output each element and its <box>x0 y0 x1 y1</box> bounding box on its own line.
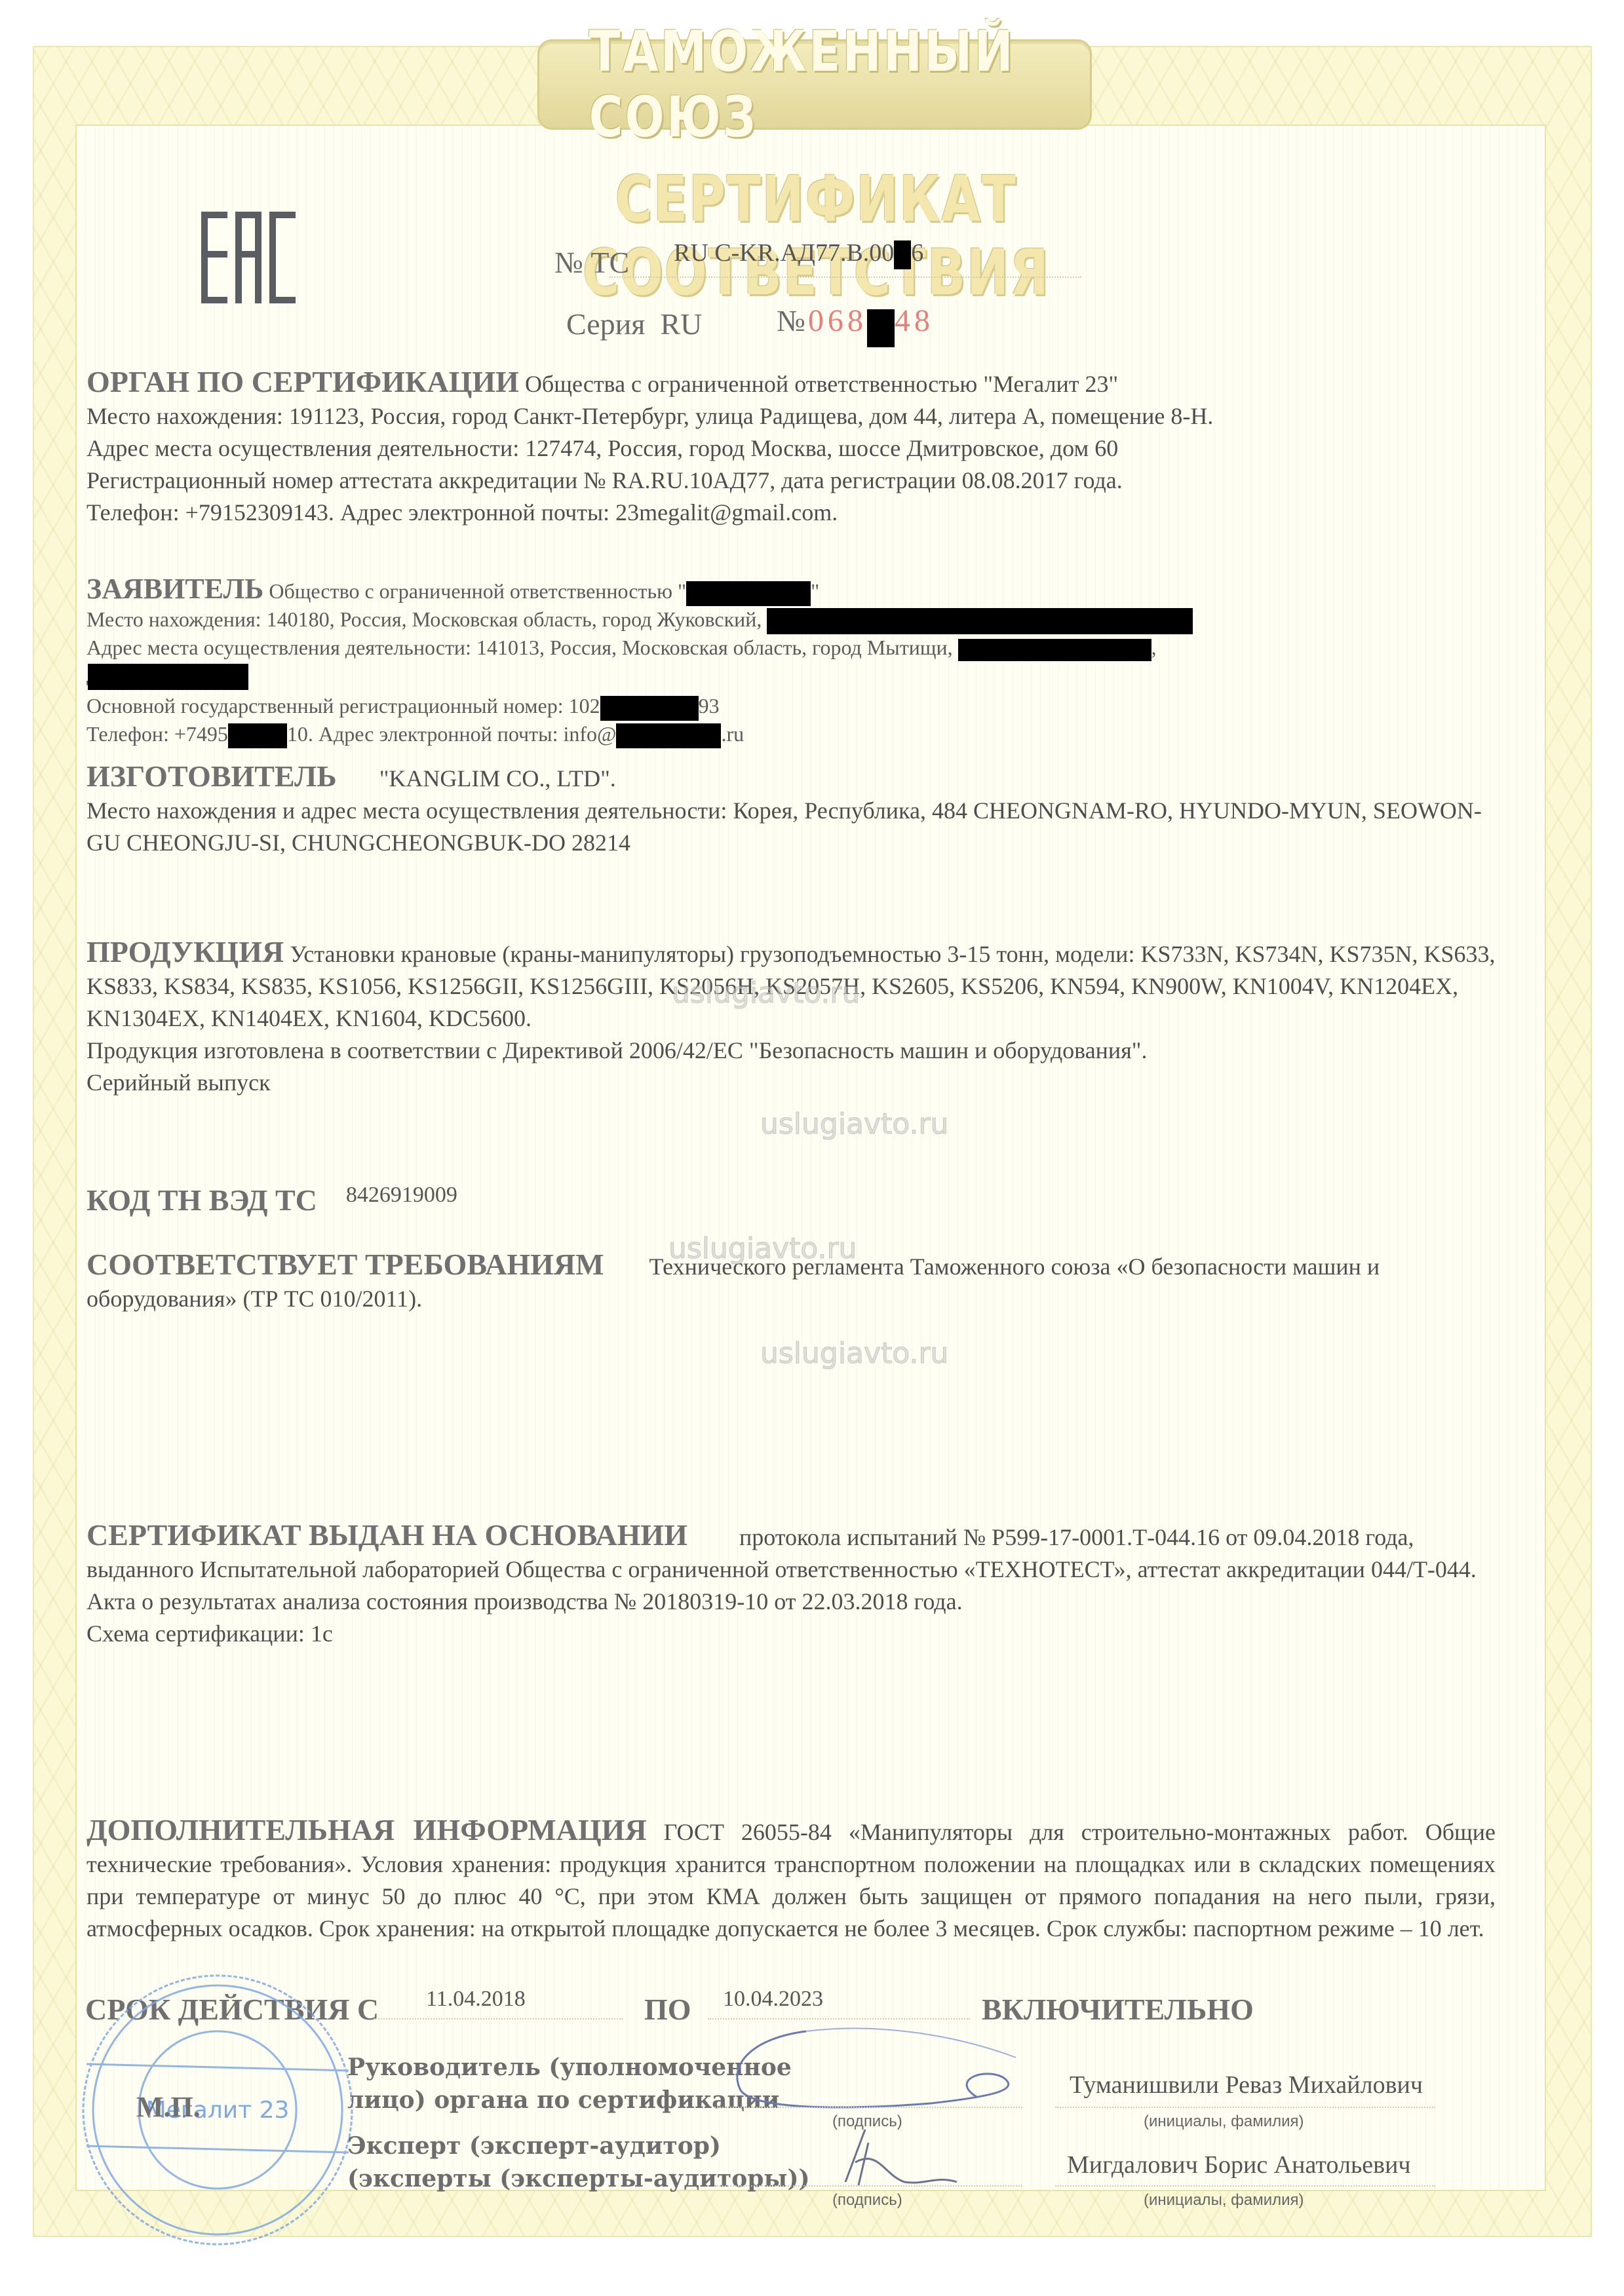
certificate-title: СЕРТИФИКАТ СООТВЕТСТВИЯ <box>525 163 1107 309</box>
tc-number-prefix: RU C-KR.АД77.В.00 <box>674 239 894 267</box>
applicant-ogrn-suffix: 93 <box>699 694 720 717</box>
number-label: № <box>777 304 805 337</box>
series-label: Серия RU <box>566 307 702 341</box>
tn-ved-code: 8426919009 <box>346 1183 457 1207</box>
expert-name: Мигдалович Борис Анатольевич <box>1067 2151 1411 2179</box>
expert-signature-line <box>714 2185 1022 2187</box>
applicant-name-prefix: Общество с ограниченной ответственностью… <box>269 579 686 603</box>
redaction-block <box>767 608 1193 634</box>
certification-body-line: Адрес места осуществления деятельности: … <box>87 432 1496 465</box>
redaction-block <box>686 581 811 606</box>
applicant-email-suffix: .ru <box>721 722 744 746</box>
tc-number: RU C-KR.АД77.В.006 <box>674 239 923 269</box>
redaction-block <box>88 664 248 690</box>
manufacturer-name: "KANGLIM CO., LTD". <box>379 765 616 792</box>
series-value: RU <box>660 307 702 341</box>
redaction-block <box>867 309 895 347</box>
expert-name-line <box>1055 2185 1435 2187</box>
certificate-page: ТАМОЖЕННЫЙ СОЮЗ СЕРТИФИКАТ СООТВЕТСТВИЯ … <box>0 0 1624 2296</box>
applicant-section: ЗАЯВИТЕЛЬ Общество с ограниченной ответс… <box>87 575 1496 748</box>
certification-body-line: Телефон: +79152309143. Адрес электронной… <box>87 497 1496 529</box>
applicant-ogrn-prefix: Основной государственный регистрационный… <box>87 694 600 717</box>
applicant-heading: ЗАЯВИТЕЛЬ <box>87 573 263 605</box>
tc-number-suffix: 6 <box>911 239 923 267</box>
customs-union-banner: ТАМОЖЕННЫЙ СОЮЗ <box>537 39 1092 130</box>
expert-title-line1: Эксперт (эксперт-аудитор) <box>347 2130 810 2162</box>
applicant-location: Место нахождения: 140180, Россия, Москов… <box>87 607 762 631</box>
head-name: Туманишвили Реваз Михайлович <box>1070 2071 1423 2099</box>
printer-imprint-band <box>459 2240 1167 2253</box>
additional-info-heading: ДОПОЛНИТЕЛЬНАЯ ИНФОРМАЦИЯ <box>87 1813 647 1846</box>
head-signature-icon <box>714 2018 1081 2116</box>
manufacturer-section: ИЗГОТОВИТЕЛЬ "KANGLIM CO., LTD". Место н… <box>87 760 1496 859</box>
validity-date-to: 10.04.2023 <box>723 1987 823 2012</box>
expert-title-line2: (эксперты (эксперты-аудиторы)) <box>347 2162 810 2195</box>
blank-number: № 06848 <box>777 303 934 347</box>
tn-ved-heading: КОД ТН ВЭД ТС <box>87 1183 317 1217</box>
head-signature-line <box>714 2107 1022 2108</box>
certification-body-heading: ОРГАН ПО СЕРТИФИКАЦИИ <box>87 365 519 398</box>
tc-number-underline <box>609 277 1081 278</box>
redaction-block <box>616 723 721 748</box>
product-release: Серийный выпуск <box>87 1067 1496 1099</box>
validity-to-heading: ПО <box>644 1992 691 2027</box>
basis-scheme: Схема сертификации: 1с <box>87 1618 1496 1650</box>
seal-label: М.П. <box>136 2090 201 2124</box>
validity-date-from: 11.04.2018 <box>426 1987 526 2012</box>
redaction-block <box>600 696 699 721</box>
basis-heading: СЕРТИФИКАТ ВЫДАН НА ОСНОВАНИИ <box>87 1518 687 1552</box>
manufacturer-address: Место нахождения и адрес места осуществл… <box>87 795 1496 859</box>
redaction-block <box>958 639 1151 661</box>
tc-number-label: № ТС <box>554 245 629 280</box>
banner-text: ТАМОЖЕННЫЙ СОЮЗ <box>589 19 1041 150</box>
series-label-text: Серия <box>566 307 645 341</box>
certification-body-line: Регистрационный номер аттестата аккредит… <box>87 465 1496 497</box>
watermark: uslugiavto.ru <box>668 1232 857 1265</box>
redaction-block <box>228 723 287 748</box>
applicant-name-suffix: " <box>811 579 819 603</box>
product-directive: Продукция изготовлена в соответствии с Д… <box>87 1035 1496 1067</box>
certification-body-name: Общества с ограниченной ответственностью… <box>525 371 1118 397</box>
watermark: uslugiavto.ru <box>760 1337 948 1370</box>
certification-body-line: Место нахождения: 191123, Россия, город … <box>87 400 1496 432</box>
additional-info-section: ДОПОЛНИТЕЛЬНАЯ ИНФОРМАЦИЯ ГОСТ 26055-84 … <box>87 1814 1496 1945</box>
basis-act: Акта о результатах анализа состояния про… <box>87 1586 1496 1618</box>
eac-logo-icon <box>200 208 298 307</box>
number-prefix: 068 <box>808 303 867 338</box>
expert-signature-icon <box>819 2123 976 2195</box>
conformity-heading: СООТВЕТСТВУЕТ ТРЕБОВАНИЯМ <box>87 1248 604 1281</box>
applicant-phone-prefix: Телефон: +7495 <box>87 722 228 746</box>
product-section: ПРОДУКЦИЯ Установки крановые (краны-мани… <box>87 936 1496 1099</box>
expert-name-caption: (инициалы, фамилия) <box>1144 2191 1304 2210</box>
basis-section: СЕРТИФИКАТ ВЫДАН НА ОСНОВАНИИ протокола … <box>87 1519 1496 1650</box>
tn-ved-section: КОД ТН ВЭД ТС 8426919009 <box>87 1183 457 1217</box>
applicant-activity-address: Адрес места осуществления деятельности: … <box>87 636 953 659</box>
expert-signature-caption: (подпись) <box>832 2191 902 2210</box>
head-name-caption: (инициалы, фамилия) <box>1144 2113 1304 2131</box>
product-heading: ПРОДУКЦИЯ <box>87 935 284 968</box>
applicant-phone-suffix: 10. Адрес электронной почты: info@ <box>287 722 617 746</box>
watermark: uslugiavto.ru <box>760 1107 948 1141</box>
head-name-line <box>1055 2107 1435 2108</box>
manufacturer-heading: ИЗГОТОВИТЕЛЬ <box>87 759 337 793</box>
certification-body-section: ОРГАН ПО СЕРТИФИКАЦИИ Общества с огранич… <box>87 366 1496 529</box>
organization-seal-stamp-icon: Мегалит 23 <box>73 1966 362 2254</box>
date-from-underline <box>374 2018 623 2019</box>
watermark: uslugiavto.ru <box>672 976 860 1010</box>
applicant-activity-tail: , <box>1151 636 1157 659</box>
redaction-block <box>894 240 911 269</box>
number-suffix: 48 <box>895 303 934 338</box>
